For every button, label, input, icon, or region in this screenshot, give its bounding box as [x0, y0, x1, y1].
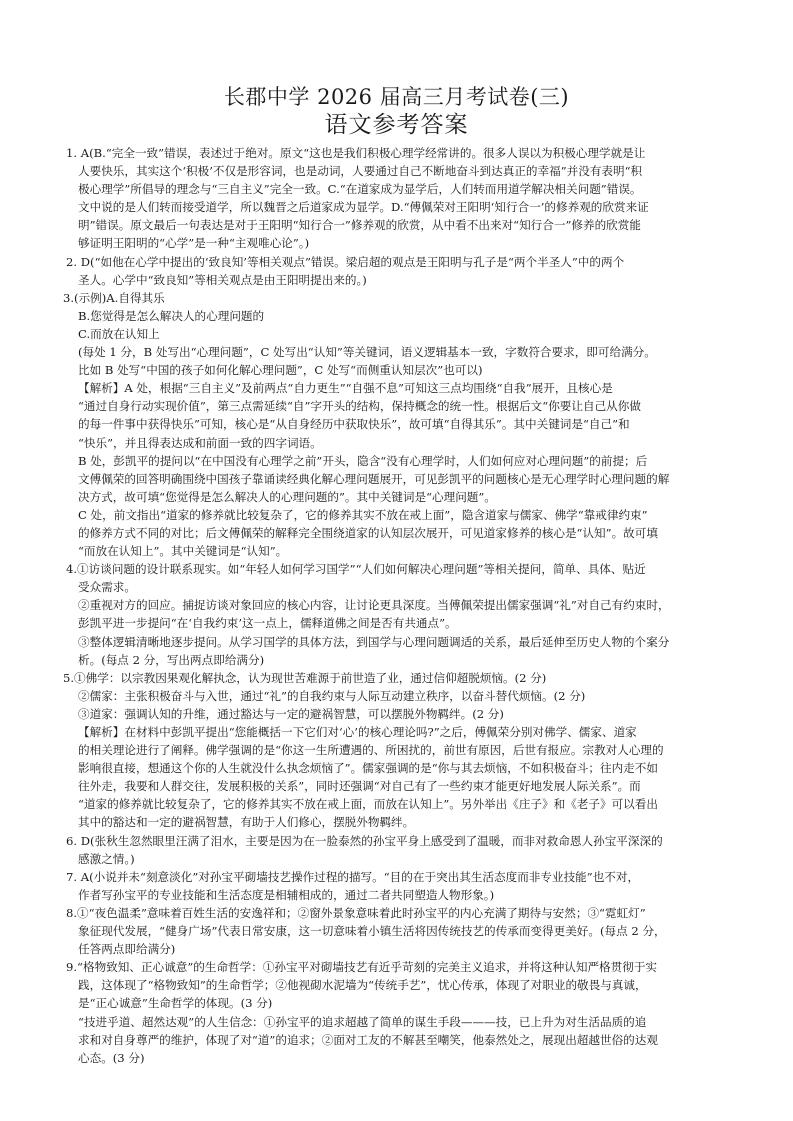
answer-line: 9.“格物致知、正心诚意”的生命哲学：①孙宝平对砌墙技艺有近乎苛刻的完美主义追求…	[66, 958, 742, 976]
document-page: 长郡中学 2026 届高三月考试卷(三) 语文参考答案 1. A(B.“完全一致…	[0, 0, 793, 1121]
answer-line: “快乐”，并且得表达成和前面一致的四字词语。	[66, 434, 742, 452]
answer-line: 心态。(3 分)	[66, 1049, 742, 1067]
answer-q3: 3.(示例)A.自得其乐 B.您觉得是怎么解决人的心理问题的 C.而放在认知上 …	[66, 289, 742, 560]
answer-line: 影响很直接，想通这个你的人生就没什么执念烦恼了”。儒家强调的是“你与其去烦恼，不…	[66, 759, 742, 777]
answer-q9: 9.“格物致知、正心诚意”的生命哲学：①孙宝平对砌墙技艺有近乎苛刻的完美主义追求…	[66, 958, 742, 1067]
answer-line: 3.(示例)A.自得其乐	[63, 289, 742, 307]
answer-line: 是“正心诚意”生命哲学的体现。(3 分)	[66, 994, 742, 1012]
answer-line: 文中说的是人们转而接受道学，所以魏晋之后道家成为显学。D.“傅佩荣对王阳明‘知行…	[66, 198, 742, 216]
answer-line: “通过自身行动实现价值”，第三点需延续“自”字开头的结构，保持概念的统一性。根据…	[66, 397, 742, 415]
answer-line: 7. A(小说并未“刻意淡化”对孙宝平砌墙技艺操作过程的描写。“目的在于突出其生…	[66, 868, 742, 886]
answer-line: 够证明王阳明的“心学”是一种“主观唯心论”。)	[66, 234, 742, 252]
answer-line: 决方式，故可填“您觉得是怎么解决人的心理问题的”。其中关键词是“心理问题”。	[66, 488, 742, 506]
answer-line: “而放在认知上”。其中关键词是“认知”。	[66, 542, 742, 560]
answer-line: 的相关理论进行了阐释。佛学强调的是“你这一生所遭遇的、所困扰的，前世有原因，后世…	[66, 741, 742, 759]
answer-line: 5.①佛学：以宗教因果观化解执念，认为现世苦难源于前世造了业，通过信仰超脱烦恼。…	[63, 669, 742, 687]
answer-line: 4.①访谈问题的设计联系现实。如“年轻人如何学习国学”“人们如何解决心理问题”等…	[66, 560, 742, 578]
answer-line: 人要快乐，其实这个‘积极’不仅是形容词，也是动词，人要通过自己不断地奋斗到达真正…	[66, 162, 742, 180]
answer-line: C 处，前文指出“道家的修养就比较复杂了，它的修养其实不放在戒上面”，隐含道家与…	[66, 506, 742, 524]
answer-line: 践，这体现了“格物致知”的生命哲学；②他视砌水泥墙为“传统手艺”，忧心传承，体现…	[66, 976, 742, 994]
answer-line: 其中的豁达和一定的避祸智慧，有助于人们修心，摆脱外物羁绊。	[66, 813, 742, 831]
answer-line: C.而放在认知上	[66, 325, 742, 343]
answer-line: 明”错误。原文最后一句表达是对于王阳明“知行合一”修养观的欣赏，从中看不出来对“…	[66, 216, 742, 234]
answer-line: 2. D(“如他在心学中提出的‘致良知’等相关观点”错误。梁启超的观点是王阳明与…	[66, 253, 742, 271]
answer-line: 【解析】在材料中彭凯平提出“您能概括一下它们对‘心’的核心理论吗?”之后，傅佩荣…	[66, 723, 742, 741]
answer-q5: 5.①佛学：以宗教因果观化解执念，认为现世苦难源于前世造了业，通过信仰超脱烦恼。…	[66, 669, 742, 832]
answer-line: 任答两点即给满分)	[66, 940, 742, 958]
answer-line: ③道家：强调认知的升维，通过豁达与一定的避祸智慧，可以摆脱外物羁绊。(2 分)	[66, 705, 742, 723]
answer-line: 析。(每点 2 分，写出两点即给满分)	[66, 651, 742, 669]
answer-line: 彭凯平进一步提问“在‘自我约束’这一点上，儒释道佛之间是否有共通点”。	[66, 614, 742, 632]
answer-q2: 2. D(“如他在心学中提出的‘致良知’等相关观点”错误。梁启超的观点是王阳明与…	[66, 253, 742, 289]
answer-q7: 7. A(小说并未“刻意淡化”对孙宝平砌墙技艺操作过程的描写。“目的在于突出其生…	[66, 868, 742, 904]
answer-line: 圣人。心学中“致良知”等相关观点是由王阳明提出来的。)	[66, 271, 742, 289]
answer-line: 文傅佩荣的回答明确围绕中国孩子靠诵读经典化解心理问题展开，可见彭凯平的问题核心是…	[66, 470, 742, 488]
answer-line: 作者写孙宝平的专业技能和生活态度是相辅相成的，通过二者共同塑造人物形象。)	[66, 886, 742, 904]
answer-line: ②儒家：主张积极奋斗与入世，通过“礼”的自我约束与人际互动建立秩序，以奋斗替代烦…	[66, 687, 742, 705]
answer-line: 6. D(张秋生忽然眼里汪满了泪水，主要是因为在一脸泰然的孙宝平身上感受到了温暖…	[66, 832, 742, 850]
answer-q1: 1. A(B.“完全一致”错误，表述过于绝对。原文“这也是我们积极心理学经常讲的…	[66, 144, 742, 253]
answer-line: 8.①“夜色温柔”意味着百姓生活的安逸祥和；②窗外景象意味着此时孙宝平的内心充满…	[66, 904, 742, 922]
answer-line: 往外走，我要和人群交往，发展积极的关系”，同时还强调“对自己有了一些约束才能更好…	[66, 777, 742, 795]
answer-line: B 处，彭凯平的提问以“在中国没有心理学之前”开头，隐含“没有心理学时，人们如何…	[66, 452, 742, 470]
answer-line: 求和对自身尊严的维护，体现了对“道”的追求；②面对工友的不解甚至嘲笑，他泰然处之…	[66, 1031, 742, 1049]
document-subtitle: 语文参考答案	[0, 110, 793, 140]
answer-line: 比如 B 处写“中国的孩子如何化解心理问题”，C 处写“而侧重认知层次”也可以)	[66, 361, 742, 379]
answer-line: ③整体逻辑清晰地逐步提问。从学习国学的具体方法，到国学与心理问题调适的关系，最后…	[66, 633, 742, 651]
answer-line: B.您觉得是怎么解决人的心理问题的	[66, 307, 742, 325]
answer-content: 1. A(B.“完全一致”错误，表述过于绝对。原文“这也是我们积极心理学经常讲的…	[66, 144, 742, 1067]
answer-q6: 6. D(张秋生忽然眼里汪满了泪水，主要是因为在一脸泰然的孙宝平身上感受到了温暖…	[66, 832, 742, 868]
answer-line: (每处 1 分，B 处写出“心理问题”，C 处写出“认知”等关键词，语义逻辑基本…	[66, 343, 742, 361]
answer-line: ②重视对方的回应。捕捉访谈对象回应的核心内容，让讨论更具深度。当傅佩荣提出儒家强…	[66, 596, 742, 614]
answer-line: “技进乎道、超然达观”的人生信念：①孙宝平的追求超越了简单的谋生手段———技，已…	[66, 1013, 742, 1031]
answer-line: 受众需求。	[66, 578, 742, 596]
answer-line: 1. A(B.“完全一致”错误，表述过于绝对。原文“这也是我们积极心理学经常讲的…	[66, 144, 742, 162]
answer-line: 的修养方式不同的对比；后文傅佩荣的解释完全围绕道家的认知层次展开，可见道家修养的…	[66, 524, 742, 542]
answer-line: 【解析】A 处，根据“三自主义”及前两点“自力更生”“自强不息”可知这三点均围绕…	[66, 379, 742, 397]
answer-line: 的每一件事中获得快乐”可知，核心是“从自身经历中获取快乐”，故可填“自得其乐”。…	[66, 415, 742, 433]
answer-line: 象征现代发展，“健身广场”代表日常安康，这一切意味着小镇生活将因传统技艺的传承而…	[66, 922, 742, 940]
answer-line: 极心理学”所倡导的理念与“三自主义”完全一致。C.“在道家成为显学后，人们转而用…	[66, 180, 742, 198]
document-title: 长郡中学 2026 届高三月考试卷(三)	[0, 84, 793, 110]
answer-q8: 8.①“夜色温柔”意味着百姓生活的安逸祥和；②窗外景象意味着此时孙宝平的内心充满…	[66, 904, 742, 958]
answer-line: 感激之情。)	[66, 850, 742, 868]
answer-q4: 4.①访谈问题的设计联系现实。如“年轻人如何学习国学”“人们如何解决心理问题”等…	[66, 560, 742, 669]
answer-line: “道家的修养就比较复杂了，它的修养其实不放在戒上面，而放在认知上”。另外举出《庄…	[66, 795, 742, 813]
